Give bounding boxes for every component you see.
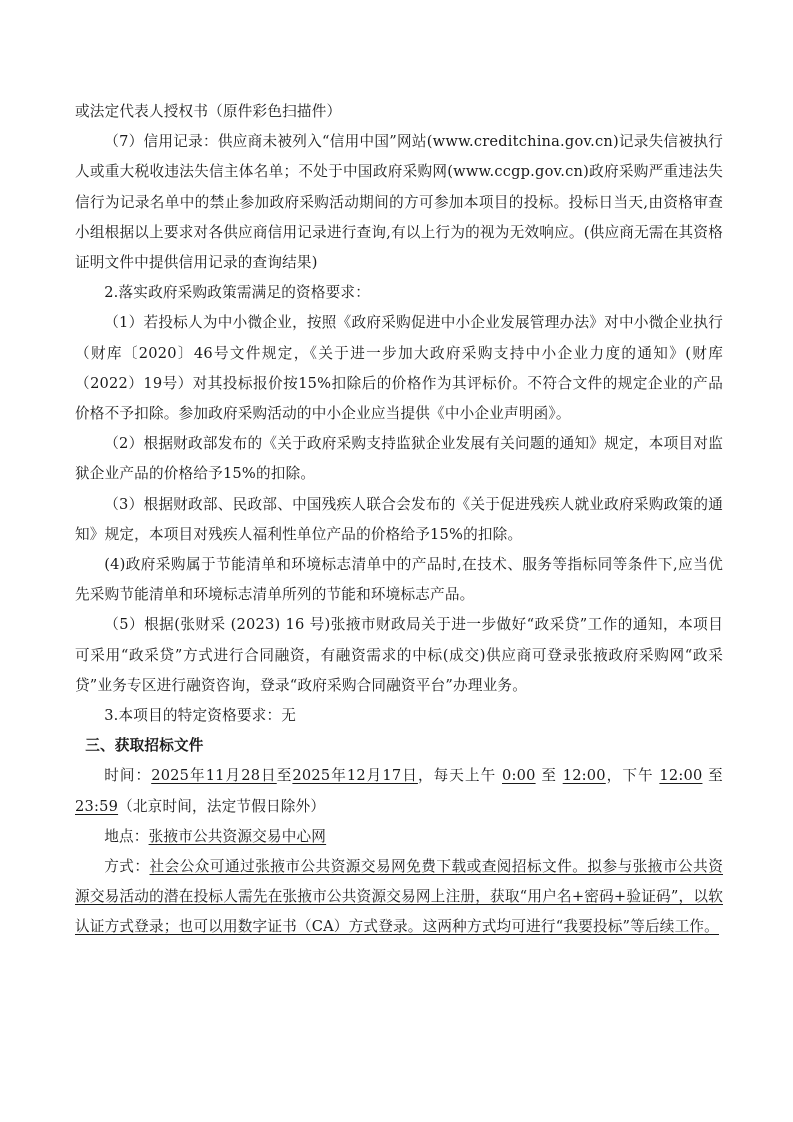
method-paragraph: 方式：社会公众可通过张掖市公共资源交易网免费下载或查阅招标文件。拟参与张掖市公共… (75, 852, 723, 943)
am-end-time: 12:00 (563, 767, 606, 784)
section-3-title: 3.本项目的特定资格要求：无 (75, 701, 723, 731)
location-value: 张掖市公共资源交易中心网 (149, 828, 327, 845)
location-label: 地点： (104, 828, 148, 845)
start-date: 2025年11月28日 (151, 767, 277, 784)
policy-item-2: （2）根据财政部发布的《关于政府采购支持监狱企业发展有关问题的通知》规定，本项目… (75, 429, 723, 489)
policy-item-3: （3）根据财政部、民政部、中国残疾人联合会发布的《关于促进残疾人就业政府采购政策… (75, 490, 723, 550)
location-paragraph: 地点：张掖市公共资源交易中心网 (75, 822, 723, 852)
method-value: 社会公众可通过张掖市公共资源交易网免费下载或查阅招标文件。拟参与张掖市公共资源交… (75, 858, 723, 935)
daily-text: ，每天上午 (418, 767, 496, 784)
pm-label: ，下午 (606, 767, 654, 784)
to-text: 至 (708, 767, 723, 784)
time-note: （北京时间，法定节假日除外） (118, 798, 325, 815)
continuation-text: 或法定代表人授权书（原件彩色扫描件） (75, 97, 723, 127)
to-text: 至 (277, 767, 293, 784)
time-label: 时间： (104, 767, 151, 784)
document-page: 或法定代表人授权书（原件彩色扫描件） （7）信用记录：供应商未被列入“信用中国”… (75, 97, 723, 943)
to-text: 至 (541, 767, 557, 784)
method-label: 方式： (104, 858, 149, 875)
pm-end-time: 23:59 (75, 798, 118, 815)
am-start-time: 0:00 (502, 767, 536, 784)
policy-item-4: (4)政府采购属于节能清单和环境标志清单中的产品时,在技术、服务等指标同等条件下… (75, 550, 723, 610)
section-2-title: 2.落实政府采购政策需满足的资格要求： (75, 278, 723, 308)
policy-item-5: （5）根据(张财采 (2023) 16 号)张掖市财政局关于进一步做好“政采贷”… (75, 610, 723, 701)
pm-start-time: 12:00 (659, 767, 702, 784)
time-paragraph: 时间：2025年11月28日至2025年12月17日，每天上午 0:00 至 1… (75, 761, 723, 821)
obtain-documents-heading: 三、获取招标文件 (75, 731, 723, 761)
policy-item-1: （1）若投标人为中小微企业，按照《政府采购促进中小企业发展管理办法》对中小微企业… (75, 308, 723, 429)
end-date: 2025年12月17日 (292, 767, 418, 784)
credit-record-paragraph: （7）信用记录：供应商未被列入“信用中国”网站(www.creditchina.… (75, 127, 723, 278)
